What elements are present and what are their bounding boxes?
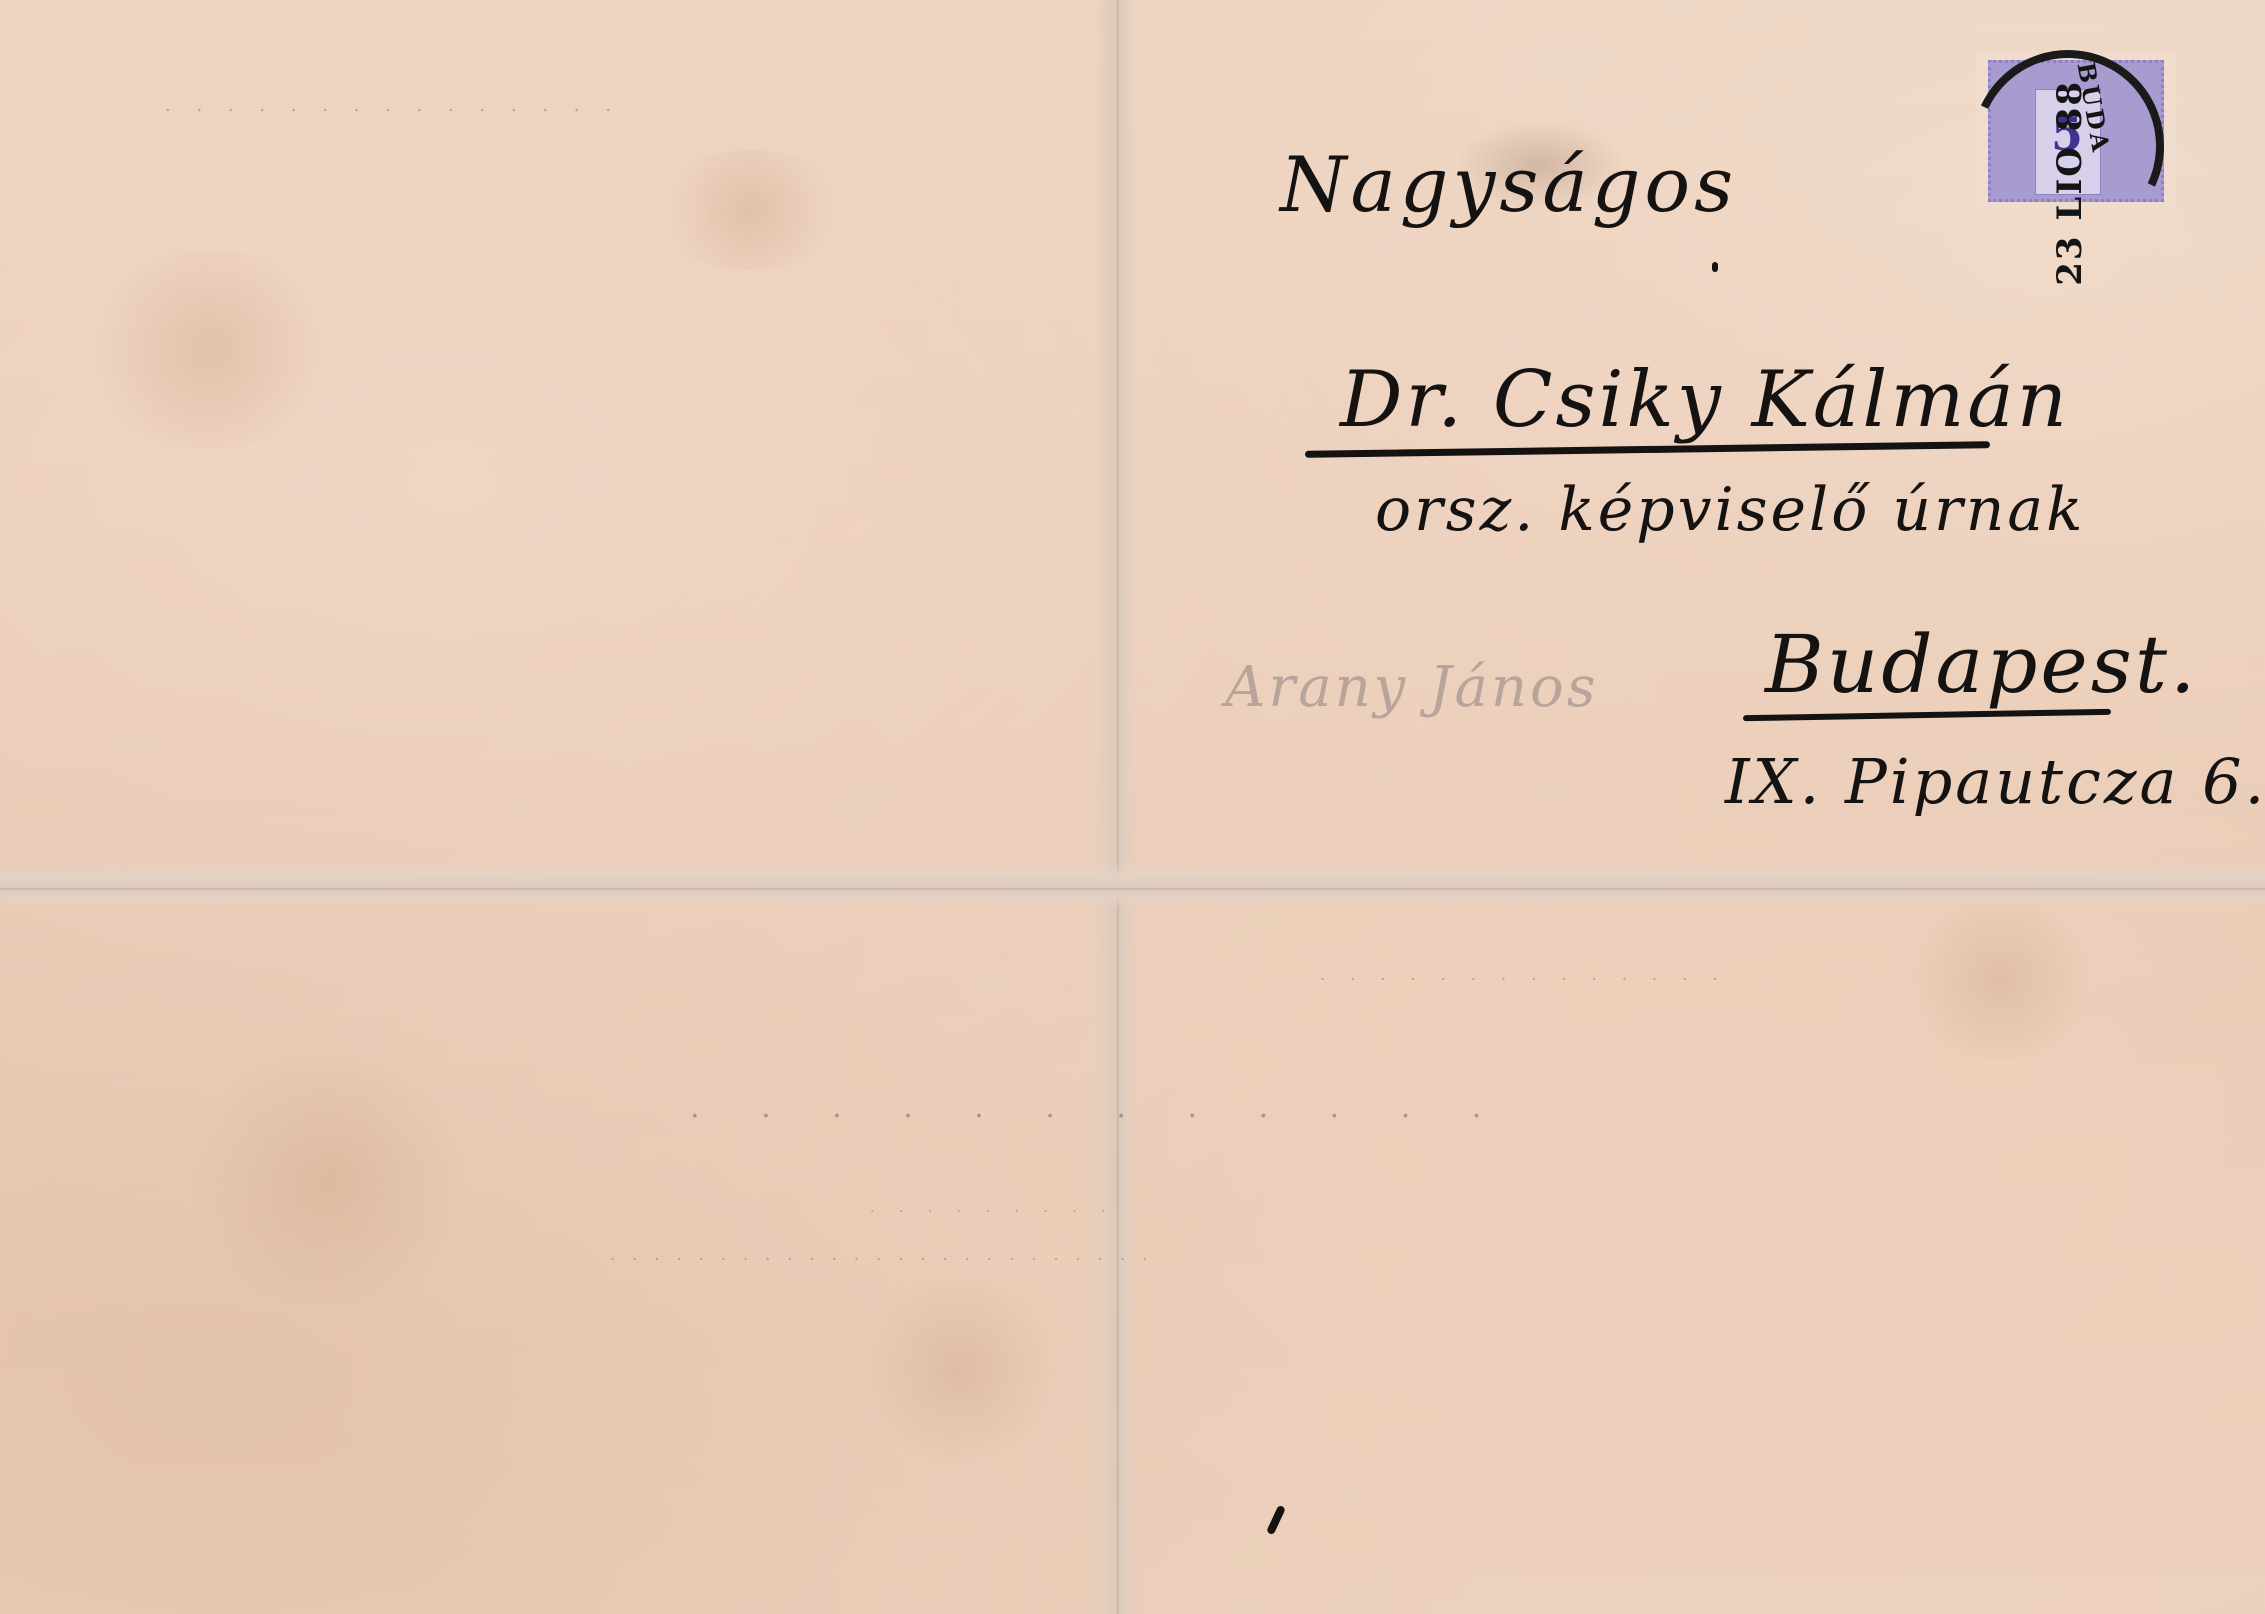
document-sheet: . . . . . . . . . . . . . . . . . . . . … — [0, 0, 2265, 1614]
paper-stain — [80, 250, 340, 450]
recipient-street: IX. Pipautcza 6. — [1725, 745, 2265, 818]
ink-mark — [1266, 1505, 1286, 1536]
faint-print-line: . . . . . . . . . . . . . . . . . . . . … — [610, 1245, 1153, 1264]
pencil-annotation: Arany János — [1225, 655, 1598, 720]
salutation: Nagyságos — [1280, 140, 1737, 229]
recipient-title: orsz. képviselő úrnak — [1375, 475, 2086, 545]
ink-dot — [1712, 262, 1718, 272]
recipient-city: Budapest. — [1765, 618, 2198, 711]
paper-stain — [850, 1280, 1070, 1460]
paper-stain — [650, 150, 850, 270]
paper-stain — [1900, 900, 2100, 1060]
horizontal-fold-line — [0, 862, 2265, 908]
faint-print-line: . . . . . . . . . . . . . . . — [165, 95, 621, 116]
faint-print-line: . . . . . . . . . . . . . . — [1320, 965, 1727, 984]
faint-print-heading: . . . . . . . . . . . . — [690, 1090, 1507, 1125]
vertical-fold-line — [1095, 0, 1137, 1614]
faint-print-line: . . . . . . . . . — [870, 1200, 1116, 1216]
recipient-name: Dr. Csiky Kálmán — [1340, 355, 2070, 445]
paper-stain — [180, 1050, 480, 1310]
